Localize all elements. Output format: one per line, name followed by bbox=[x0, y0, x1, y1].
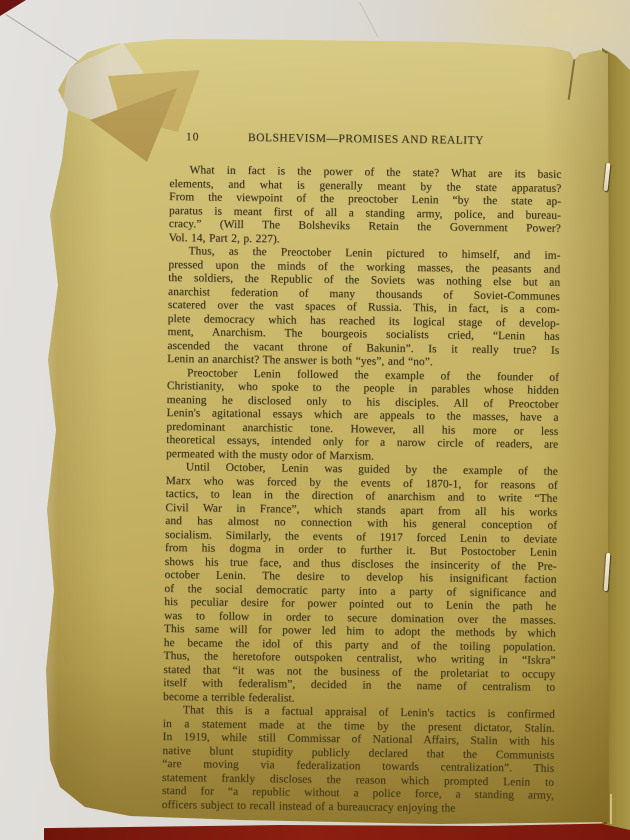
page-header: 10 BOLSHEVISM—PROMISES AND REALITY bbox=[170, 131, 562, 151]
surface-scratch bbox=[359, 2, 379, 38]
page-edge-highlight bbox=[610, 794, 612, 824]
book-page: 10 BOLSHEVISM—PROMISES AND REALITY What … bbox=[40, 30, 612, 830]
page-body: What in fact is the power of the state? … bbox=[162, 164, 562, 817]
running-title: BOLSHEVISM—PROMISES AND REALITY bbox=[170, 131, 562, 148]
paper-crack bbox=[568, 52, 577, 100]
printed-text-block: 10 BOLSHEVISM—PROMISES AND REALITY What … bbox=[162, 131, 562, 817]
photo-scene: 10 BOLSHEVISM—PROMISES AND REALITY What … bbox=[0, 0, 630, 840]
page-number: 10 bbox=[186, 131, 200, 143]
